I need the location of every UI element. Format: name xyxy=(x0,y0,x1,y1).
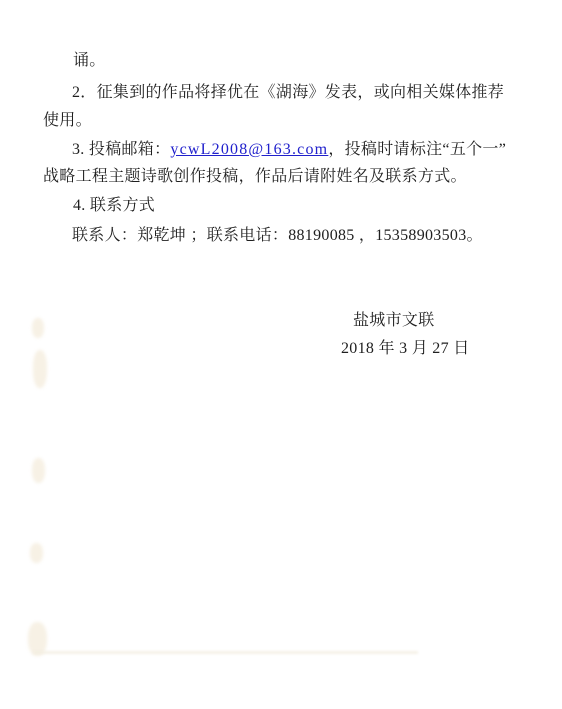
item-4-contact-heading: 4. 联系方式 xyxy=(73,196,155,216)
signature-date: 2018 年 3 月 27 日 xyxy=(341,339,470,359)
item-2-publication-line-2: 使用。 xyxy=(43,111,92,131)
signature-organization: 盐城市文联 xyxy=(353,311,435,331)
email-note: ，投稿时请标注“五个一” xyxy=(328,141,506,158)
email-link[interactable]: ycwL2008@163.com xyxy=(170,141,328,158)
scan-artifact xyxy=(32,318,44,338)
contact-details-line: 联系人：郑乾坤 ；联系电话：88190085 ，15358903503。 xyxy=(72,226,483,246)
item-3-continuation-line: 战略工程主题诗歌创作投稿，作品后请附姓名及联系方式。 xyxy=(43,167,467,187)
scan-artifact-streak xyxy=(33,651,418,654)
scan-artifact xyxy=(30,543,43,563)
paragraph-1-tail: 诵。 xyxy=(73,51,106,71)
item-2-publication-line-1: 2．征集到的作品将择优在《湖海》发表，或向相关媒体推荐 xyxy=(72,83,504,103)
item-3-email-line: 3. 投稿邮箱：ycwL2008@163.com，投稿时请标注“五个一” xyxy=(72,140,506,160)
scan-artifact xyxy=(33,350,47,388)
scan-artifact xyxy=(32,458,45,483)
document-page: 诵。 2．征集到的作品将择优在《湖海》发表，或向相关媒体推荐 使用。 3. 投稿… xyxy=(0,0,562,709)
email-label: 3. 投稿邮箱： xyxy=(72,141,170,158)
